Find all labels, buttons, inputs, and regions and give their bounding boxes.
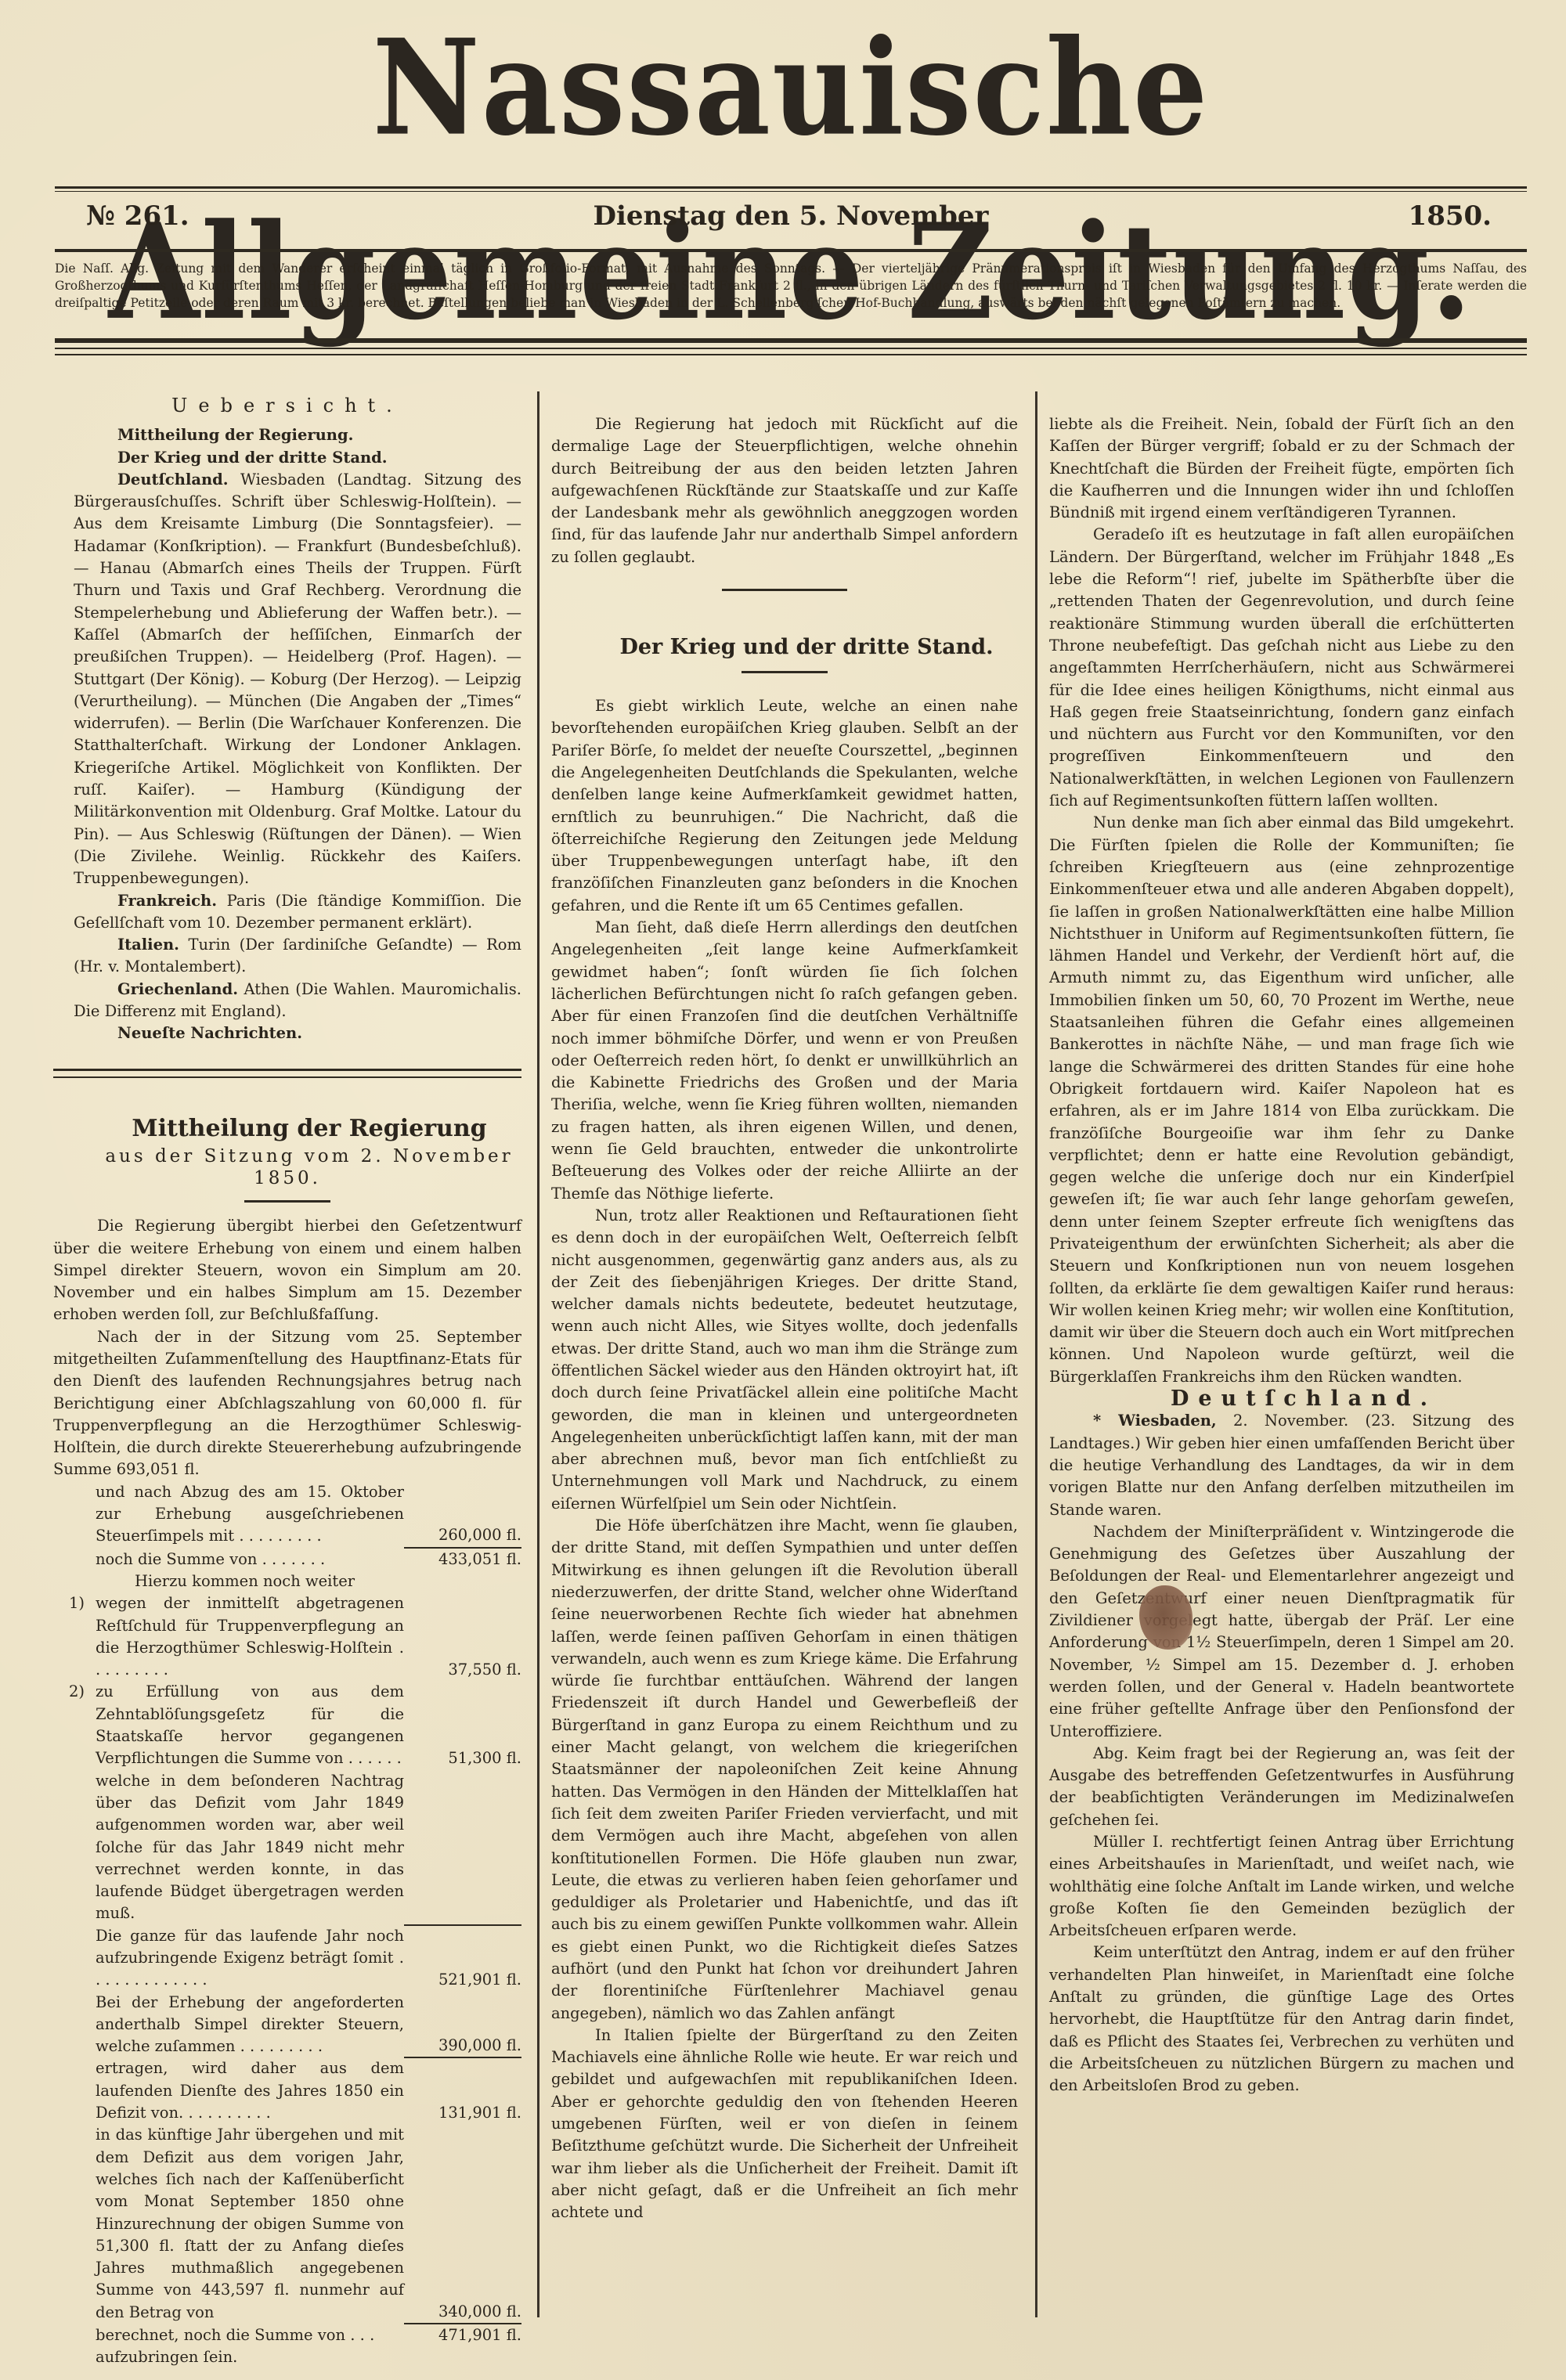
ledger-row: 1)wegen der inmittelſt abgetragenen Reſt… [53, 1592, 521, 1681]
section-double-rule [53, 1069, 521, 1078]
ledger-amount: 260,000 fl. [404, 1481, 521, 1548]
ledger-text: Die ganze für das laufende Jahr noch auf… [96, 1925, 404, 1992]
header-rule-thick [55, 338, 1527, 343]
article-para: Nun denke man ſich aber einmal das Bild … [1049, 812, 1514, 1388]
overview-entry-head: Neueſte Nachrichten. [117, 1024, 302, 1042]
budget-ledger: und nach Abzug des am 15. Oktober zur Er… [53, 1481, 521, 2369]
ledger-text: noch die Summe von . . . . . . . [96, 1548, 404, 1570]
ledger-label [53, 1548, 96, 1570]
masthead-rule-thin [55, 191, 1527, 192]
dispatch-place: * Wiesbaden, [1093, 1412, 1217, 1430]
ledger-amount: 131,901 fl. [404, 2057, 521, 2124]
column-divider-2 [1035, 391, 1037, 2317]
ledger-text: Hierzu kommen noch weiter [96, 1570, 404, 1592]
ledger-label: 2) [53, 1681, 96, 1769]
ledger-label [53, 2324, 96, 2346]
article-para: Keim unterſtützt den Antrag, indem er au… [1049, 1942, 1514, 2097]
article-para: Abg. Keim fragt bei der Regierung an, wa… [1049, 1743, 1514, 1831]
ledger-row: und nach Abzug des am 15. Oktober zur Er… [53, 1481, 521, 1548]
article-para: Nun, trotz aller Reaktionen und Reſtaura… [551, 1205, 1018, 1515]
article-para: Müller I. rechtfertigt ſeinen Antrag übe… [1049, 1831, 1514, 1942]
ledger-label [53, 2124, 96, 2324]
government-notice-subtitle: aus der Sitzung vom 2. November 1850. [53, 1145, 521, 1190]
ledger-text: welche in dem beſonderen Nachtrag über d… [96, 1770, 404, 1925]
ledger-text: und nach Abzug des am 15. Oktober zur Er… [96, 1481, 404, 1548]
overview-list: Mittheilung der Regierung. Der Krieg und… [53, 424, 521, 1044]
ledger-amount [404, 1570, 521, 1592]
overview-entry-head: Italien. [117, 936, 179, 954]
ledger-text: berechnet, noch die Summe von . . . [96, 2324, 404, 2346]
ledger-row: aufzubringen ſein. [53, 2346, 521, 2368]
dispatch-para: * Wiesbaden, 2. November. (23. Sitzung d… [1049, 1410, 1514, 1520]
dateline: № 261. Dienstag den 5. November 1850. [55, 196, 1527, 239]
overview-entry-text: Wiesbaden (Landtag. Sitzung des Bürgerau… [74, 471, 521, 887]
government-notice-para: Die Regierung übergibt hierbei den Geſet… [53, 1215, 521, 1325]
article-title-war: Der Krieg und der dritte Stand. [551, 632, 1018, 663]
ledger-label [53, 1992, 96, 2058]
ledger-row: in das künftige Jahr übergehen und mit d… [53, 2124, 521, 2324]
short-rule [742, 671, 828, 673]
header-rule-mid [55, 348, 1527, 349]
header-rule-bottom [55, 354, 1527, 355]
article-para: liebte als die Freiheit. Nein, ſobald de… [1049, 413, 1514, 524]
ledger-label [53, 2346, 96, 2368]
overview-entry: Frankreich. Paris (Die ſtändige Kommiſſi… [53, 890, 521, 935]
overview-entry: Der Krieg und der dritte Stand. [53, 447, 521, 469]
overview-entry: Deutſchland. Wiesbaden (Landtag. Sitzung… [53, 469, 521, 890]
subscription-notice: Die Naſſ. Allg. Zeitung mit dem Wanderer… [55, 260, 1527, 312]
section-title-deutschland: Deutſchland. [1049, 1388, 1514, 1410]
column-3: liebte als die Freiheit. Nein, ſobald de… [1049, 384, 1514, 2097]
column-2: Die Regierung hat jedoch mit Rückſicht a… [551, 384, 1018, 2224]
ledger-text: Bei der Erhebung der angeforderten ander… [96, 1992, 404, 2058]
ledger-amount: 37,550 fl. [404, 1592, 521, 1681]
overview-title: Uebersicht. [53, 395, 521, 416]
ledger-amount [404, 2346, 521, 2368]
ledger-amount: 433,051 fl. [404, 1548, 521, 1570]
overview-entry-head: Deutſchland. [117, 471, 229, 489]
overview-entry: Mittheilung der Regierung. [53, 424, 521, 446]
issue-year: 1850. [1409, 200, 1492, 232]
ledger-row: Bei der Erhebung der angeforderten ander… [53, 1992, 521, 2058]
ledger-row: ertragen, wird daher aus dem laufenden D… [53, 2057, 521, 2124]
ledger-text: ertragen, wird daher aus dem laufenden D… [96, 2057, 404, 2124]
dispatch-date: 2. November. [1233, 1412, 1348, 1430]
ledger-text: in das künftige Jahr übergehen und mit d… [96, 2124, 404, 2324]
ledger-amount: 471,901 fl. [404, 2324, 521, 2346]
masthead: Nassauische Allgemeine Zeitung. [55, 16, 1527, 184]
ledger-amount: 521,901 fl. [404, 1925, 521, 1992]
ledger-label [53, 1481, 96, 1548]
government-notice-title: Mittheilung der Regierung [53, 1112, 521, 1145]
ledger-label [53, 1570, 96, 1592]
overview-entry-head: Der Krieg und der dritte Stand. [117, 449, 388, 467]
overview-entry-head: Griechenland. [117, 980, 238, 998]
article-para: Man ſieht, daß dieſe Herrn allerdings de… [551, 917, 1018, 1205]
column-1: Uebersicht. Mittheilung der Regierung. D… [53, 384, 521, 2369]
government-notice-para: Nach der in der Sitzung vom 25. Septembe… [53, 1326, 521, 1481]
short-rule [722, 589, 847, 591]
ledger-row: 2)zu Erfüllung von aus dem Zehntablöſung… [53, 1681, 521, 1769]
ledger-row: welche in dem beſonderen Nachtrag über d… [53, 1770, 521, 1925]
overview-entry: Italien. Turin (Der ſardiniſche Geſandte… [53, 934, 521, 979]
issue-date: Dienstag den 5. November [55, 200, 1527, 232]
ledger-row: Die ganze für das laufende Jahr noch auf… [53, 1925, 521, 1992]
ledger-label: 1) [53, 1592, 96, 1681]
overview-entry: Neueſte Nachrichten. [53, 1022, 521, 1044]
ledger-label [53, 2057, 96, 2124]
column-divider-1 [537, 391, 539, 2317]
ledger-amount [404, 1770, 521, 1925]
ledger-amount: 340,000 fl. [404, 2124, 521, 2324]
ledger-amount: 390,000 fl. [404, 1992, 521, 2058]
article-para: Nachdem der Miniſterpräſident v. Wintzin… [1049, 1521, 1514, 1743]
overview-entry-head: Mittheilung der Regierung. [117, 426, 353, 444]
ledger-text: aufzubringen ſein. [96, 2346, 404, 2368]
ledger-row: Hierzu kommen noch weiter [53, 1570, 521, 1592]
overview-entry: Griechenland. Athen (Die Wahlen. Mauromi… [53, 979, 521, 1023]
article-para: Geradeſo iſt es heutzutage in faſt allen… [1049, 524, 1514, 812]
ledger-text: wegen der inmittelſt abgetragenen Reſtſc… [96, 1592, 404, 1681]
ledger-label [53, 1925, 96, 1992]
ink-stain [1139, 1585, 1193, 1650]
ledger-label [53, 1770, 96, 1925]
article-para: In Italien ſpielte der Bürgerſtand zu de… [551, 2025, 1018, 2224]
ledger-amount: 51,300 fl. [404, 1681, 521, 1769]
ledger-row: berechnet, noch die Summe von . . .471,9… [53, 2324, 521, 2346]
ledger-text: zu Erfüllung von aus dem Zehntablöſungsg… [96, 1681, 404, 1769]
government-notice-continuation: Die Regierung hat jedoch mit Rückſicht a… [551, 413, 1018, 568]
short-rule [244, 1200, 330, 1203]
article-para: Es giebt wirklich Leute, welche an einen… [551, 695, 1018, 917]
overview-entry-head: Frankreich. [117, 892, 217, 910]
article-para: Die Höfe überſchätzen ihre Macht, wenn ſ… [551, 1515, 1018, 2025]
ledger-row: noch die Summe von . . . . . . .433,051 … [53, 1548, 521, 1570]
masthead-rule [55, 186, 1527, 189]
dateline-rule [55, 249, 1527, 252]
